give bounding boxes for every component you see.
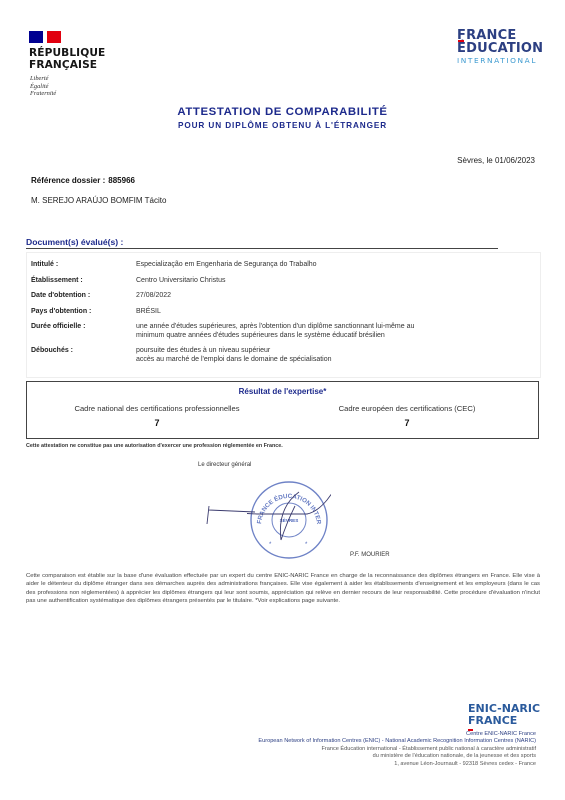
footer-address-line: France Éducation international - Établis… [258,746,536,753]
motto-liberte: Liberté [30,75,56,83]
detail-value: poursuite des études à un niveau supérie… [136,347,332,364]
detail-row-etablissement: Établissement : Centro Universitario Chr… [31,277,541,286]
result-title: Résultat de l'expertise* [27,387,538,396]
footer-centre: Centre ENIC-NARIC France [258,731,536,738]
signer-name: P.F. MOURIER [350,552,390,558]
signature-stroke-icon [205,500,265,540]
detail-value: 27/08/2022 [136,292,171,301]
detail-row-intitule: Intitulé : Especialização em Engenharia … [31,261,541,270]
document-details: Intitulé : Especialização em Engenharia … [31,261,541,371]
detail-value: une année d'études supérieures, après l'… [136,323,414,340]
detail-value-line: une année d'études supérieures, après l'… [136,323,414,332]
detail-value-line: poursuite des études à un niveau supérie… [136,347,332,356]
enic-naric-logo: ENIC-NARIC FRANCE [468,703,540,731]
disclaimer: Cette attestation ne constitue pas une a… [26,443,283,449]
footer-address-line: 1, avenue Léon-Journault - 92318 Sèvres … [258,761,536,768]
detail-label: Date d'obtention : [31,292,136,301]
republic-name-line1: RÉPUBLIQUE [29,47,105,59]
detail-label: Durée officielle : [31,323,136,340]
european-framework-level: 7 [282,418,532,428]
republic-name-line2: FRANÇAISE [29,59,105,71]
agency-logo-line3: INTERNATIONAL [457,56,543,66]
section-title: Document(s) évalué(s) : [26,237,498,249]
detail-value-line: minimum quatre années d'études supérieur… [136,332,414,341]
france-education-international-logo: FRANCE ÉDUCATION INTERNATIONAL [457,29,543,66]
national-framework-level: 7 [32,418,282,428]
detail-row-date: Date d'obtention : 27/08/2022 [31,292,541,301]
reference-label: Référence dossier : [31,176,105,185]
republic-motto: Liberté Égalité Fraternité [30,75,56,98]
place-date: Sèvres, le 01/06/2023 [457,156,535,165]
enic-logo-line2: FRANCE [468,715,540,727]
document-title: ATTESTATION DE COMPARABILITÉ [0,106,565,118]
director-title: Le directeur général [198,462,251,468]
detail-value: Especialização em Engenharia de Seguranç… [136,261,317,270]
document-subtitle: POUR UN DIPLÔME OBTENU À L'ÉTRANGER [0,121,565,130]
european-framework-label: Cadre européen des certifications (CEC) [282,404,532,413]
footer-address-line: du ministère de l'éducation nationale, d… [258,753,536,760]
detail-row-debouches: Débouchés : poursuite des études à un ni… [31,347,541,364]
detail-label: Intitulé : [31,261,136,270]
detail-value-line: 27/08/2022 [136,292,171,301]
red-dash-icon [458,40,464,42]
motto-fraternite: Fraternité [30,90,56,98]
detail-label: Débouchés : [31,347,136,364]
detail-row-duree: Durée officielle : une année d'études su… [31,323,541,340]
national-framework: Cadre national des certifications profes… [32,404,282,428]
european-framework: Cadre européen des certifications (CEC) … [282,404,532,428]
detail-value-line: Centro Universitario Christus [136,277,225,286]
explanation-paragraph: Cette comparaison est établie sur la bas… [26,572,540,605]
reference-dossier: Référence dossier :885966 [31,176,135,185]
footer-network: European Network of Information Centres … [258,738,536,745]
detail-row-pays: Pays d'obtention : BRÉSIL [31,308,541,317]
detail-label: Pays d'obtention : [31,308,136,317]
national-framework-label: Cadre national des certifications profes… [32,404,282,413]
holder-name: M. SEREJO ARAÚJO BOMFIM Tácito [31,196,166,205]
svg-text:*: * [305,542,308,548]
detail-label: Établissement : [31,277,136,286]
reference-value: 885966 [108,176,135,185]
footer-address: Centre ENIC-NARIC France European Networ… [258,731,536,768]
republique-francaise-flag-icon [29,31,61,43]
svg-text:*: * [269,542,272,548]
result-box: Résultat de l'expertise* Cadre national … [26,381,539,439]
detail-value-line: accès au marché de l'emploi dans le doma… [136,356,332,365]
republique-francaise-logo: RÉPUBLIQUE FRANÇAISE [29,47,105,71]
detail-value: Centro Universitario Christus [136,277,225,286]
agency-logo-line2: ÉDUCATION [457,41,543,56]
motto-egalite: Égalité [30,83,56,91]
detail-value-line: BRÉSIL [136,308,161,317]
detail-value: BRÉSIL [136,308,161,317]
agency-logo-line2-wrap: ÉDUCATION [457,42,543,56]
detail-value-line: Especialização em Engenharia de Seguranç… [136,261,317,270]
